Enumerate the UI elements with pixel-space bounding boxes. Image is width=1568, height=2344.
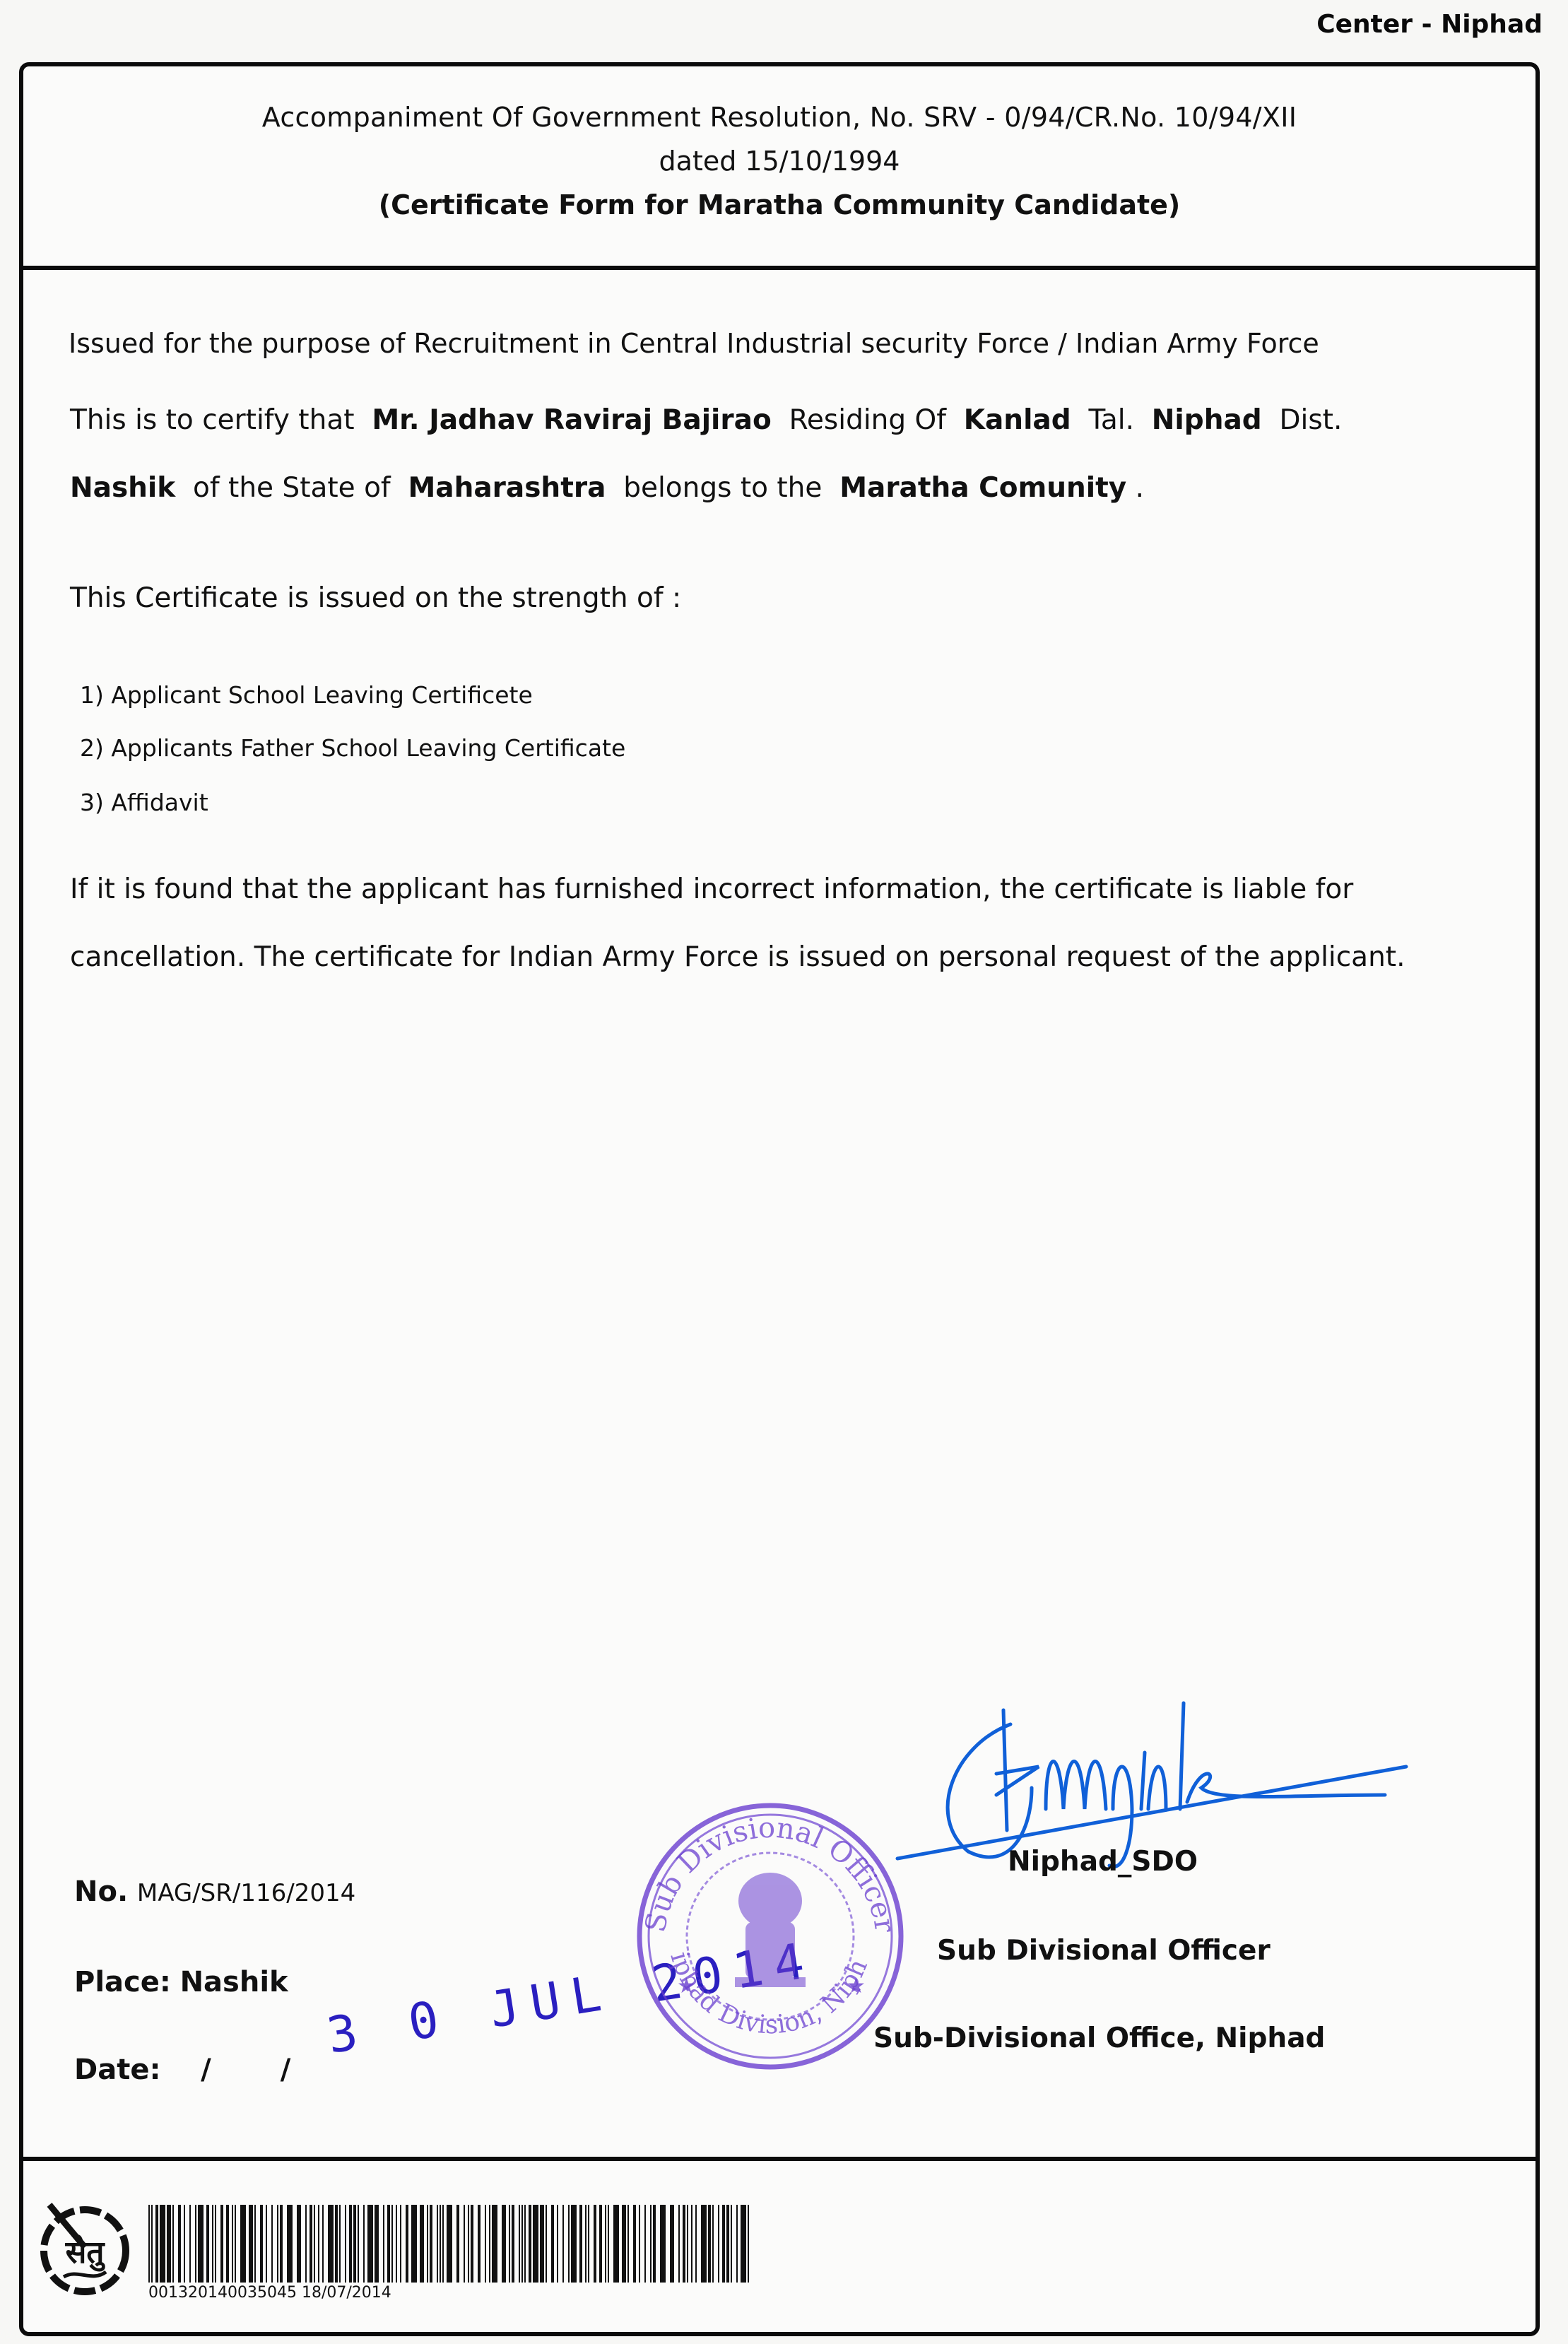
strength-item: 3) Affidavit <box>80 789 208 816</box>
residing-label: Residing Of <box>789 404 946 436</box>
footer-divider <box>23 2157 1535 2161</box>
certificate-title: (Certificate Form for Maratha Community … <box>23 189 1535 220</box>
barcode-number: 001320140035045 18/07/2014 <box>148 2284 391 2302</box>
number-label: No. <box>74 1875 128 1908</box>
signatory-office: Sub-Divisional Office, Niphad <box>873 2022 1325 2054</box>
certificate-header: Accompaniment Of Government Resolution, … <box>23 102 1535 220</box>
date-label: Date: <box>74 2054 160 2086</box>
resolution-date: dated 15/10/1994 <box>23 146 1535 177</box>
strength-intro: This Certificate is issued on the streng… <box>70 582 681 614</box>
place-label: Place: <box>74 1966 171 1998</box>
certify-prefix: This is to certify that <box>70 404 355 436</box>
community: Maratha Comunity <box>839 472 1126 504</box>
disclaimer-line-2: cancellation. The certificate for Indian… <box>70 941 1405 973</box>
certify-end: . <box>1136 472 1144 504</box>
state: Maharashtra <box>408 472 606 504</box>
strength-item: 1) Applicant School Leaving Certificete <box>80 681 533 709</box>
resolution-line: Accompaniment Of Government Resolution, … <box>23 102 1535 133</box>
number-value: MAG/SR/116/2014 <box>137 1879 355 1907</box>
disclaimer-line-1: If it is found that the applicant has fu… <box>70 873 1353 905</box>
state-label: of the State of <box>193 472 391 504</box>
header-divider <box>23 266 1535 270</box>
barcode <box>148 2205 749 2283</box>
taluka: Niphad <box>1152 404 1262 436</box>
date-field: Date: / / <box>74 2054 320 2086</box>
belongs-label: belongs to the <box>623 472 822 504</box>
signatory-id: Niphad_SDO <box>1008 1846 1198 1878</box>
district-label: Dist. <box>1280 404 1343 436</box>
village: Kanlad <box>964 404 1071 436</box>
date-slashes: / / <box>201 2054 320 2086</box>
svg-text:★: ★ <box>847 1974 866 1998</box>
svg-text:★: ★ <box>677 1974 696 1998</box>
setu-logo-icon: सेतु <box>35 2198 134 2297</box>
place-field: Place: Nashik <box>74 1966 288 1998</box>
certify-line-2: Nashik of the State of Maharashtra belon… <box>70 472 1144 504</box>
center-label: Center - Niphad <box>1316 10 1543 39</box>
signatory-title: Sub Divisional Officer <box>937 1935 1271 1967</box>
certify-line-1: This is to certify that Mr. Jadhav Ravir… <box>70 404 1342 436</box>
taluka-label: Tal. <box>1088 404 1134 436</box>
place-value: Nashik <box>180 1966 288 1998</box>
svg-text:सेतु: सेतु <box>65 2234 106 2272</box>
purpose-text: Issued for the purpose of Recruitment in… <box>69 328 1319 359</box>
candidate-name: Mr. Jadhav Raviraj Bajirao <box>372 404 771 436</box>
district: Nashik <box>70 472 175 504</box>
strength-item: 2) Applicants Father School Leaving Cert… <box>80 734 625 762</box>
certificate-number: No. MAG/SR/116/2014 <box>74 1875 355 1908</box>
signature-icon <box>869 1689 1420 1873</box>
